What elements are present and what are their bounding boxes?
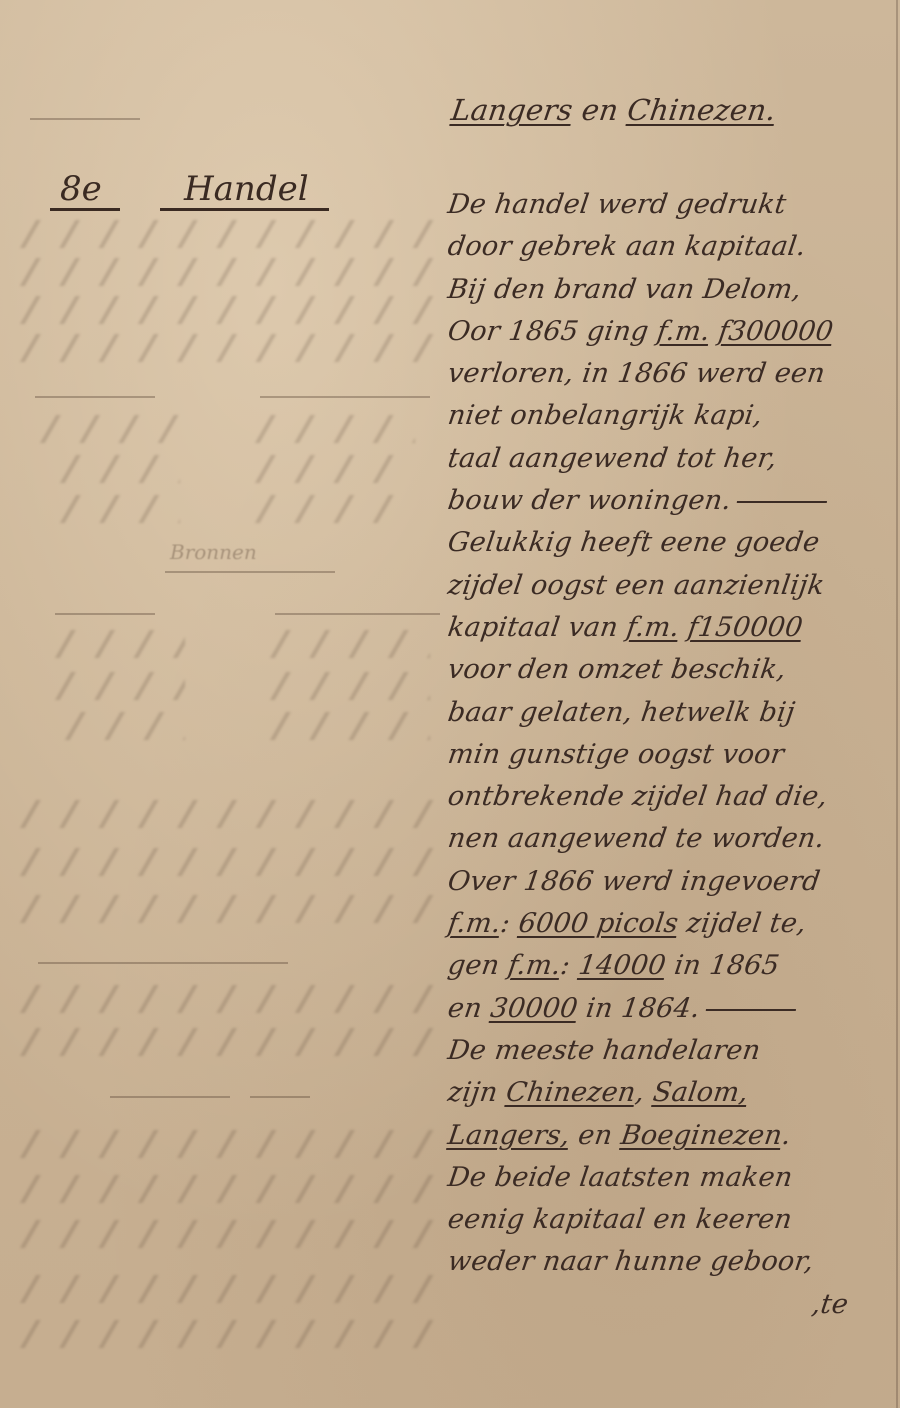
ghost-line <box>55 672 185 700</box>
line-segment: bouw der woningen. <box>446 485 733 516</box>
text-line: Langers, en Boeginezen. <box>445 1115 891 1157</box>
text-line: niet onbelangrijk kapi, <box>445 395 891 437</box>
text-line: De meeste handelaren <box>445 1030 891 1072</box>
underlined-amount: f150000 <box>686 612 805 643</box>
text-line: eenig kapitaal en keeren <box>445 1199 891 1241</box>
ghost-line <box>20 800 440 828</box>
section-heading: 8e Handel <box>40 172 380 222</box>
page-edge <box>896 0 898 1408</box>
underlined-name: Langers, <box>446 1120 572 1151</box>
ghost-line <box>20 1130 440 1158</box>
underlined-segment: f.m. <box>624 612 681 643</box>
line-segment: kapitaal van <box>446 612 629 643</box>
text-line: kapitaal van f.m. f150000 <box>445 607 891 649</box>
text-line: De handel werd gedrukt <box>445 184 891 226</box>
ghost-line <box>20 1220 440 1248</box>
end-dash <box>737 501 827 503</box>
ghost-rule <box>165 571 335 573</box>
line-segment: in 1864. <box>575 993 702 1024</box>
text-line: gen f.m.: 14000 in 1865 <box>445 945 891 987</box>
text-line: Gelukkig heeft eene goede <box>445 522 891 564</box>
ghost-rule <box>35 396 155 398</box>
ghost-line <box>20 895 440 923</box>
underlined-name: Salom, <box>651 1077 750 1108</box>
underlined-amount: f300000 <box>716 316 835 347</box>
line-segment: zijdel te, <box>676 908 808 939</box>
text-line: weder naar hunne geboor, <box>445 1241 891 1283</box>
line-segment: en <box>568 1120 624 1151</box>
text-line: Oor 1865 ging f.m. f300000 <box>445 311 891 353</box>
text-line: baar gelaten, hetwelk bij <box>445 692 891 734</box>
underlined-segment: f.m. <box>446 908 503 939</box>
heading-part1: Langers <box>449 93 575 127</box>
ghost-line <box>20 296 440 324</box>
ghost-line <box>20 334 440 362</box>
line-segment: gen <box>446 950 510 981</box>
text-line: f.m.: 6000 picols zijdel te, <box>445 903 891 945</box>
ghost-line <box>270 712 430 740</box>
top-heading: Langers en Chinezen. <box>441 86 895 184</box>
text-line: verloren, in 1866 werd een <box>445 353 891 395</box>
text-line: min gunstige oogst voor <box>445 734 891 776</box>
underlined-amount: 14000 <box>577 950 668 981</box>
ghost-rule <box>110 1096 230 1098</box>
text-line: ontbrekende zijdel had die, <box>445 776 891 818</box>
underlined-amount: 30000 <box>488 993 579 1024</box>
ghost-rule <box>30 118 140 120</box>
underlined-name: Boeginezen <box>619 1120 784 1151</box>
ghost-line <box>20 1275 440 1303</box>
underlined-amount: 6000 picols <box>517 908 681 939</box>
text-line: zijn Chinezen, Salom, <box>445 1072 891 1114</box>
ghost-line <box>20 220 440 248</box>
underlined-segment: f.m. <box>506 950 563 981</box>
ghost-rule <box>275 613 440 615</box>
ghost-line <box>65 712 185 740</box>
underlined-name: Chinezen <box>504 1077 638 1108</box>
heading-connector: en <box>580 93 621 127</box>
text-line: bouw der woningen. <box>445 480 891 522</box>
line-segment: Oor 1865 ging <box>446 316 660 347</box>
ghost-line <box>20 848 440 876</box>
underlined-segment: f.m. <box>655 316 712 347</box>
ghost-rule <box>38 962 288 964</box>
text-line: taal aangewend tot her, <box>445 438 891 480</box>
ghost-line <box>20 1175 440 1203</box>
ghost-line <box>20 985 440 1013</box>
text-line: zijdel oogst een aanzienlijk <box>445 565 891 607</box>
ghost-line <box>270 630 430 658</box>
ghost-line <box>270 672 430 700</box>
text-line: door gebrek aan kapitaal. <box>445 226 891 268</box>
line-segment: in 1865 <box>664 950 782 981</box>
ghost-line <box>255 495 405 523</box>
catchword: ,te <box>445 1284 891 1326</box>
section-number: 8e <box>50 172 120 211</box>
text-line: voor den omzet beschik, <box>445 649 891 691</box>
manuscript-body: Langers en Chinezen. De handel werd gedr… <box>448 86 888 1326</box>
ghost-line <box>60 495 180 523</box>
section-title: Handel <box>160 172 329 211</box>
ghost-rule <box>250 1096 310 1098</box>
heading-part2: Chinezen. <box>625 93 778 127</box>
text-line: De beide laatsten maken <box>445 1157 891 1199</box>
ghost-line <box>255 455 405 483</box>
ghost-line <box>255 415 415 443</box>
ghost-line <box>55 630 185 658</box>
ghost-rule <box>260 396 430 398</box>
end-dash <box>706 1008 796 1010</box>
text-line: en 30000 in 1864. <box>445 988 891 1030</box>
text-line: Bij den brand van Delom, <box>445 269 891 311</box>
ghost-line <box>20 258 440 286</box>
ghost-line <box>20 1320 440 1348</box>
ghost-line <box>60 455 180 483</box>
text-line: nen aangewend te worden. <box>445 818 891 860</box>
ghost-label: Bronnen <box>170 540 257 564</box>
line-segment: zijn <box>446 1077 509 1108</box>
line-segment: en <box>446 993 493 1024</box>
ghost-line <box>40 415 180 443</box>
ghost-line <box>20 1028 440 1056</box>
text-line: Over 1866 werd ingevoerd <box>445 861 891 903</box>
manuscript-page: Bronnen 8e Handel Langers en Chinezen. <box>0 0 900 1408</box>
ghost-rule <box>55 613 155 615</box>
